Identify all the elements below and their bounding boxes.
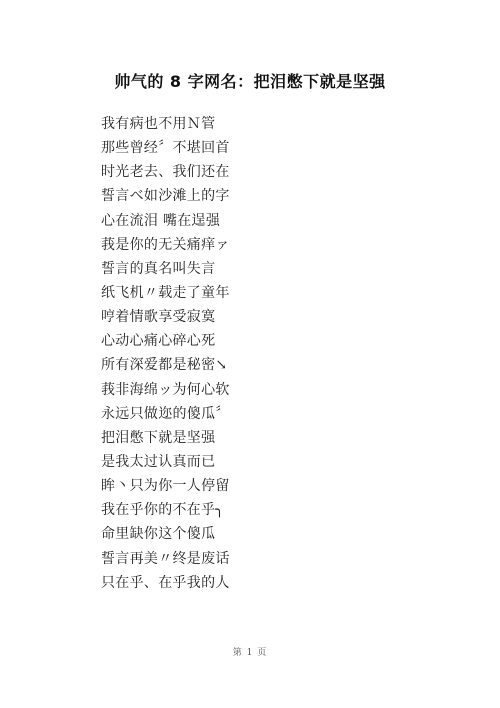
page-number: 第 1 页 bbox=[0, 647, 500, 659]
list-item: 誓言ベ如沙滩上的字 bbox=[101, 184, 230, 208]
list-item: 眸丶只为你一人停留 bbox=[101, 474, 230, 498]
list-item: 那些曾经〞不堪回首 bbox=[101, 136, 230, 160]
list-item: 把泪憋下就是坚强 bbox=[101, 426, 230, 450]
document-page: 帅气的 8 字网名：把泪憋下就是坚强 我有病也不用Ｎ管 那些曾经〞不堪回首 时光… bbox=[0, 0, 500, 708]
list-item: 所有深爱都是秘密↘ bbox=[101, 353, 230, 377]
list-item: 我在乎你的不在乎╮ bbox=[101, 498, 230, 522]
list-item: 只在乎、在乎我的人 bbox=[101, 571, 230, 595]
list-item: 纸飞机〃载走了童年 bbox=[101, 281, 230, 305]
list-item: 哼着情歌享受寂寞 bbox=[101, 305, 230, 329]
list-item: 命里缺你这个傻瓜 bbox=[101, 522, 230, 546]
document-title: 帅气的 8 字网名：把泪憋下就是坚强 bbox=[0, 71, 500, 93]
list-item: 是我太过认真而已 bbox=[101, 450, 230, 474]
list-item: 誓言的真名叫失言 bbox=[101, 257, 230, 281]
list-item: 我有病也不用Ｎ管 bbox=[101, 112, 230, 136]
list-item: 时光老去、我们还在 bbox=[101, 160, 230, 184]
list-item: 永远只做迩的傻瓜〞 bbox=[101, 402, 230, 426]
list-item: 心在流泪 嘴在逞强 bbox=[101, 209, 230, 233]
list-item: 誓言再美〃终是废话 bbox=[101, 547, 230, 571]
list-item: 心动心痛心碎心死 bbox=[101, 329, 230, 353]
nickname-list: 我有病也不用Ｎ管 那些曾经〞不堪回首 时光老去、我们还在 誓言ベ如沙滩上的字 心… bbox=[101, 112, 230, 595]
list-item: 莪是你的无关痛痒ァ bbox=[101, 233, 230, 257]
list-item: 莪非海绵ッ为何心软 bbox=[101, 378, 230, 402]
